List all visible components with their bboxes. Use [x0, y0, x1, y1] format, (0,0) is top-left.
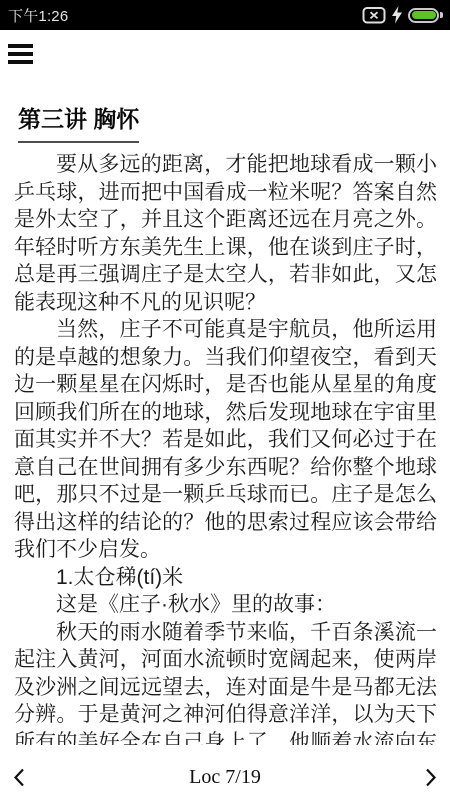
charging-icon — [391, 6, 403, 24]
reading-area[interactable]: 要从多远的距离，才能把地球看成一颗小乒乓球，进而把中国看成一粒米呢？答案自然是外… — [14, 151, 437, 745]
paragraph: 要从多远的距离，才能把地球看成一颗小乒乓球，进而把中国看成一粒米呢？答案自然是外… — [14, 151, 437, 316]
paragraph: 这是《庄子·秋水》里的故事： — [14, 591, 437, 619]
reader-app-screen: 下午1:26 第三讲 胸怀 要从多远的距离，才能把地球看成一颗小乒乓球，进而把中… — [0, 0, 450, 800]
page-title: 第三讲 胸怀 — [18, 101, 139, 143]
location-indicator: Loc 7/19 — [33, 766, 417, 789]
status-icons — [362, 6, 443, 24]
chevron-left-icon — [13, 768, 25, 787]
hamburger-icon — [8, 44, 33, 48]
battery-nub — [440, 12, 443, 18]
next-page-button[interactable] — [417, 765, 437, 789]
footer-nav: Loc 7/19 — [0, 760, 450, 794]
prev-page-button[interactable] — [13, 765, 33, 789]
paragraph: 当然，庄子不可能真是宇航员，他所运用的是卓越的想象力。当我们仰望夜空，看到天边一… — [14, 316, 437, 564]
section-heading: 1.太仓稊(tí)米 — [14, 564, 437, 592]
paragraph: 秋天的雨水随着季节来临，千百条溪流一起注入黄河，河面水流顿时宽阔起来，使两岸及沙… — [14, 619, 437, 746]
chapter-header: 第三讲 胸怀 — [18, 101, 139, 143]
battery-icon — [408, 8, 439, 23]
battery-fill — [412, 11, 436, 19]
clock-label: 下午1:26 — [8, 5, 68, 26]
status-bar: 下午1:26 — [0, 0, 450, 30]
no-sim-icon — [362, 6, 386, 24]
menu-button[interactable] — [8, 44, 33, 64]
chevron-right-icon — [425, 768, 437, 787]
